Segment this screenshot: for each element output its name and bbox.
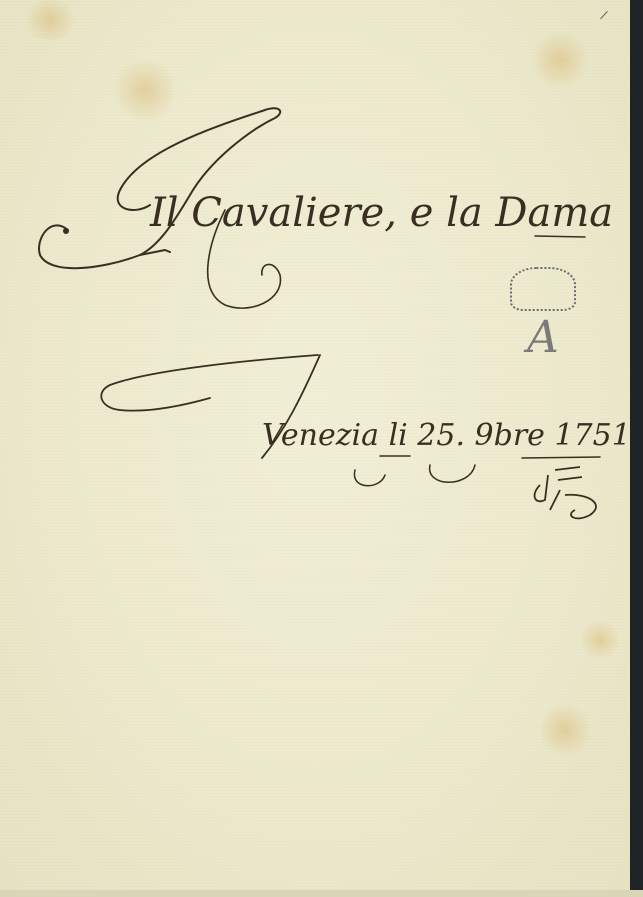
manuscript-title: Il Cavaliere, e la Dama: [150, 190, 613, 236]
library-stamp: A: [505, 262, 600, 372]
page-bottom-edge: [0, 890, 643, 897]
crown-icon: [510, 267, 576, 311]
manuscript-page: / Il Cavaliere, e la Dama Venezia li 25.…: [0, 0, 630, 890]
place-and-date: Venezia li 25. 9bre 1751.: [262, 418, 640, 453]
page-edge: [630, 0, 643, 897]
stamp-monogram: A: [527, 312, 559, 363]
signature-flourish: [520, 455, 610, 550]
